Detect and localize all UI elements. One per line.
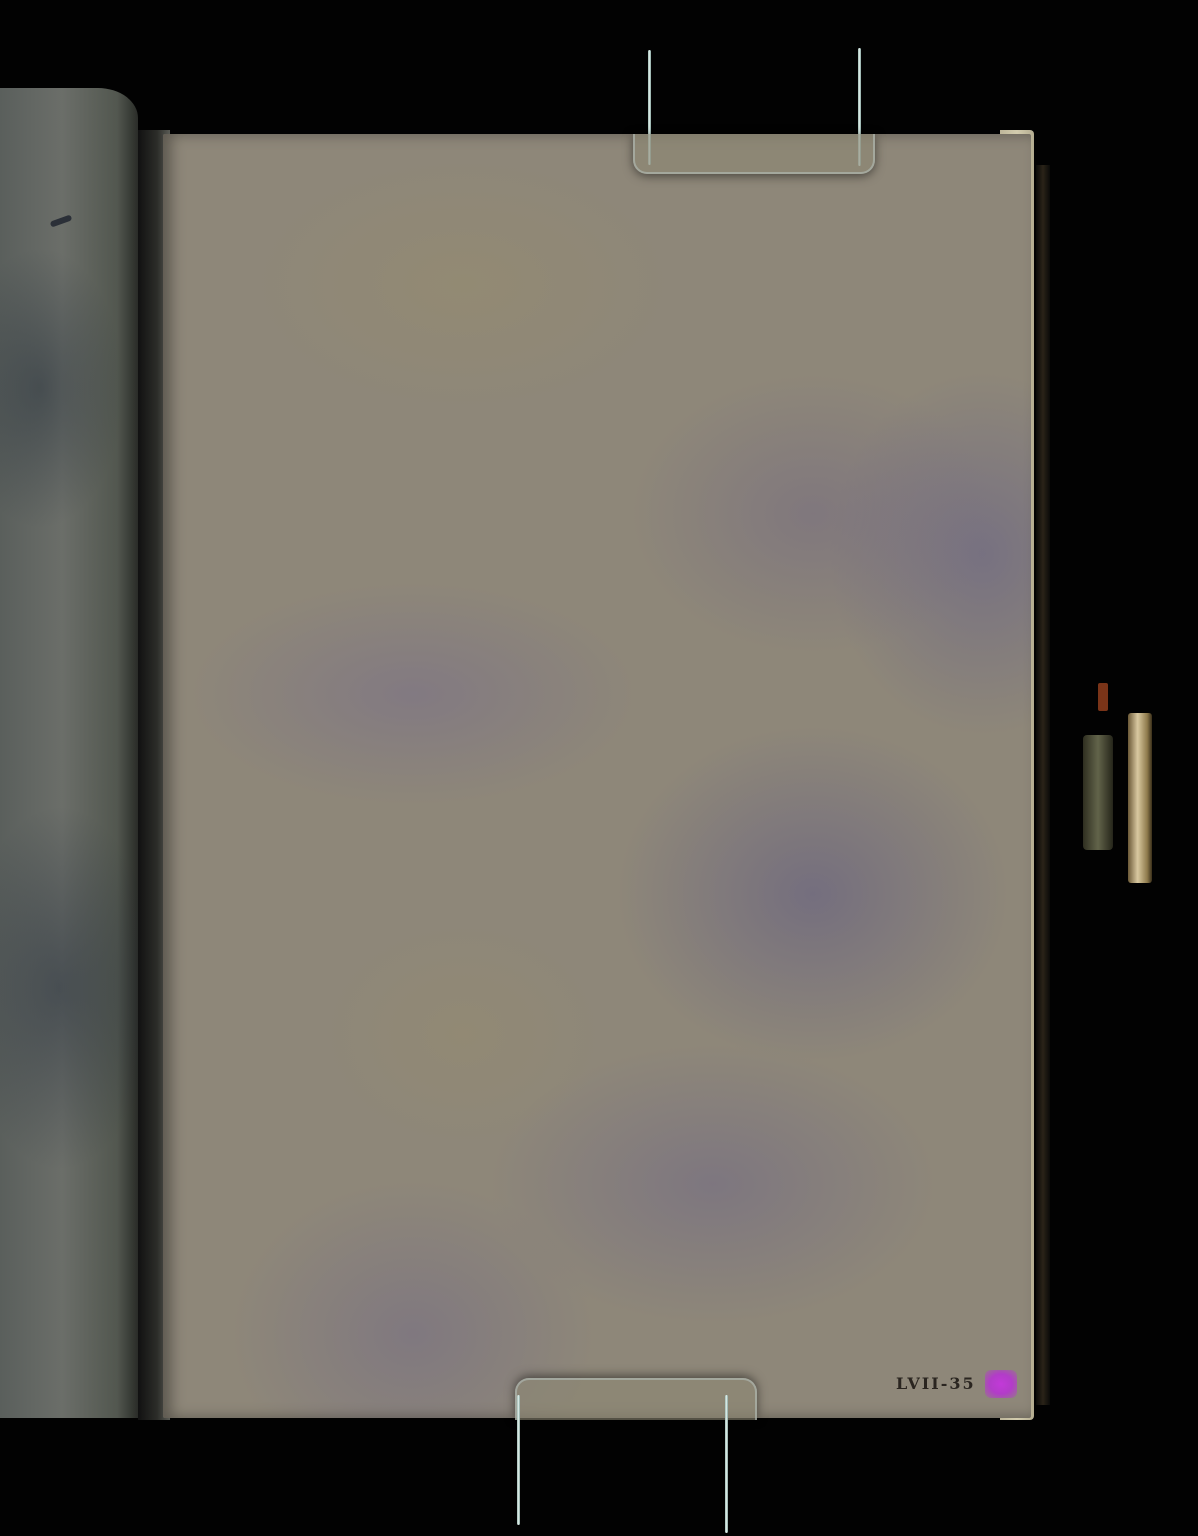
bottom-clip-left-wire — [517, 1395, 520, 1525]
bottom-page-clip — [515, 1378, 757, 1420]
bottom-clip-right-wire — [725, 1395, 728, 1533]
cover-edge — [1036, 165, 1050, 1405]
catalog-number-label: LVII-35 — [896, 1374, 976, 1393]
right-page-recto — [163, 134, 1031, 1418]
metal-clasp — [1128, 713, 1152, 883]
collection-stamp — [985, 1370, 1017, 1398]
left-page-tear-holder — [0, 88, 138, 1418]
top-page-clip — [633, 134, 875, 174]
clasp-strap — [1083, 735, 1113, 850]
clasp-hinge — [1098, 683, 1108, 711]
